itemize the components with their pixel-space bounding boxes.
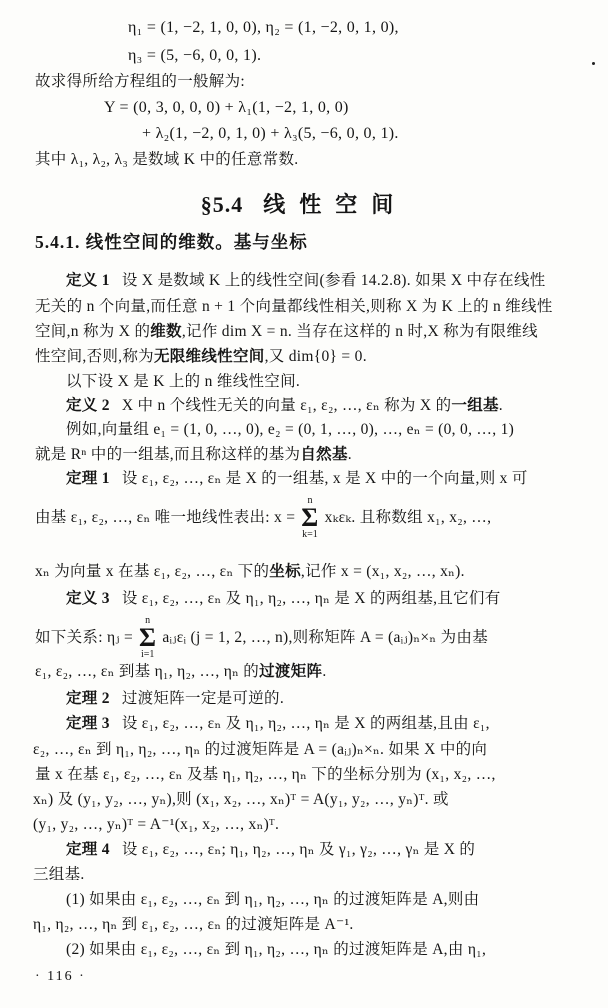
example-line2-text-end: . bbox=[348, 446, 352, 463]
term-basis: 一组基 bbox=[451, 397, 498, 414]
subsection-heading: 5.4.1. 线性空间的维数。基与坐标 bbox=[35, 230, 308, 254]
definition-3-sum-line-pre: 如下关系: ηⱼ = bbox=[35, 626, 133, 650]
definition-3-sum-line-post: aᵢⱼεᵢ (j = 1, 2, …, n),则称矩阵 A = (aᵢⱼ)ₙ×ₙ… bbox=[162, 626, 488, 650]
definition-3-line3-text: ε₁, ε₂, …, εₙ 到基 η₁, η₂, …, ηₙ 的 bbox=[35, 663, 259, 680]
term-infinite-dimensional-space: 无限维线性空间 bbox=[154, 348, 265, 365]
page-number: · 116 · bbox=[35, 965, 86, 989]
definition-3-line3: ε₁, ε₂, …, εₙ 到基 η₁, η₂, …, ηₙ 的过渡矩阵. bbox=[35, 660, 327, 684]
theorem-1-line3: xₙ 为向量 x 在基 ε₁, ε₂, …, εₙ 下的坐标,记作 x = (x… bbox=[35, 560, 465, 584]
theorem-1-line3-text: xₙ 为向量 x 在基 ε₁, ε₂, …, εₙ 下的 bbox=[35, 563, 269, 580]
term-dimension: 维数 bbox=[150, 323, 182, 340]
definition-3-line3-text-end: . bbox=[322, 663, 326, 680]
theorem-1-sum-line-pre: 由基 ε₁, ε₂, …, εₙ 唯一地线性表出: x = bbox=[35, 506, 295, 530]
definition-2-label: 定义 2 bbox=[66, 397, 110, 414]
theorem-4-item1-line2: η₁, η₂, …, ηₙ 到 ε₁, ε₂, …, εₙ 的过渡矩阵是 A⁻¹… bbox=[33, 913, 354, 937]
display-equation-eta-basis-line1: η₁ = (1, −2, 1, 0, 0), η₂ = (1, −2, 0, 1… bbox=[128, 16, 399, 40]
display-equation-general-solution-line2: + λ₂(1, −2, 0, 1, 0) + λ₃(5, −6, 0, 0, 1… bbox=[142, 122, 399, 146]
example-line1: 例如,向量组 e₁ = (1, 0, …, 0), e₂ = (0, 1, …,… bbox=[66, 418, 514, 442]
definition-1-line3-text-cont: ,记作 dim X = n. 当存在这样的 n 时,X 称为有限维线 bbox=[182, 323, 538, 340]
scan-speck bbox=[592, 62, 595, 65]
definition-1-line4: 性空间,否则,称为无限维线性空间,又 dim{0} = 0. bbox=[35, 345, 367, 369]
theorem-4-line1: 定理 4设 ε₁, ε₂, …, εₙ; η₁, η₂, …, ηₙ 及 γ₁,… bbox=[66, 838, 475, 862]
definition-1-line3: 空间,n 称为 X 的维数,记作 dim X = n. 当存在这样的 n 时,X… bbox=[35, 320, 538, 344]
theorem-4-item1-line1: (1) 如果由 ε₁, ε₂, …, εₙ 到 η₁, η₂, …, ηₙ 的过… bbox=[66, 888, 479, 912]
summation-symbol: n Σ i=1 bbox=[139, 616, 156, 660]
theorem-4-line2: 三组基. bbox=[33, 863, 85, 887]
term-transition-matrix: 过渡矩阵 bbox=[259, 663, 322, 680]
section-title: 线性空间 bbox=[263, 192, 407, 217]
sigma-glyph: Σ bbox=[301, 506, 318, 530]
summation-symbol: n Σ k=1 bbox=[301, 496, 318, 540]
theorem-4-text: 设 ε₁, ε₂, …, εₙ; η₁, η₂, …, ηₙ 及 γ₁, γ₂,… bbox=[122, 841, 475, 858]
definition-3-sum-line: 如下关系: ηⱼ = n Σ i=1 aᵢⱼεᵢ (j = 1, 2, …, n… bbox=[35, 612, 488, 664]
definition-1-line1: 定义 1设 X 是数域 K 上的线性空间(参看 14.2.8). 如果 X 中存… bbox=[66, 269, 546, 293]
sum-lower-limit: i=1 bbox=[141, 650, 154, 660]
term-coordinates: 坐标 bbox=[269, 563, 301, 580]
theorem-1-line3-text-cont: ,记作 x = (x₁, x₂, …, xₙ). bbox=[301, 563, 465, 580]
theorem-1-sum-line-post: xₖεₖ. 且称数组 x₁, x₂, …, bbox=[325, 506, 492, 530]
section-heading: §5.4线性空间 bbox=[0, 190, 608, 220]
theorem-4-label: 定理 4 bbox=[66, 841, 110, 858]
section-number: §5.4 bbox=[201, 192, 244, 217]
definition-1-line2: 无关的 n 个向量,而任意 n + 1 个向量都线性相关,则称 X 为 K 上的… bbox=[35, 295, 553, 319]
theorem-3-label: 定理 3 bbox=[66, 715, 110, 732]
theorem-1-line1: 定理 1设 ε₁, ε₂, …, εₙ 是 X 的一组基, x 是 X 中的一个… bbox=[66, 467, 528, 491]
definition-1-line3-text: 空间,n 称为 X 的 bbox=[35, 323, 150, 340]
theorem-3-line1: 定理 3设 ε₁, ε₂, …, εₙ 及 η₁, η₂, …, ηₙ 是 X … bbox=[66, 712, 490, 736]
display-equation-general-solution-line1: Y = (0, 3, 0, 0, 0) + λ₁(1, −2, 1, 0, 0) bbox=[104, 96, 349, 120]
theorem-1-sum-line: 由基 ε₁, ε₂, …, εₙ 唯一地线性表出: x = n Σ k=1 xₖ… bbox=[35, 492, 491, 544]
theorem-4-item2-line1: (2) 如果由 ε₁, ε₂, …, εₙ 到 η₁, η₂, …, ηₙ 的过… bbox=[66, 938, 486, 962]
theorem-1-label: 定理 1 bbox=[66, 470, 110, 487]
theorem-3-text: 设 ε₁, ε₂, …, εₙ 及 η₁, η₂, …, ηₙ 是 X 的两组基… bbox=[122, 715, 490, 732]
theorem-3-line2: ε₂, …, εₙ 到 η₁, η₂, …, ηₙ 的过渡矩阵是 A = (aᵢ… bbox=[33, 738, 487, 762]
example-line2-text: 就是 Rⁿ 中的一组基,而且称这样的基为 bbox=[35, 446, 300, 463]
theorem-1-text: 设 ε₁, ε₂, …, εₙ 是 X 的一组基, x 是 X 中的一个向量,则… bbox=[122, 470, 528, 487]
arbitrary-constants-note: 其中 λ₁, λ₂, λ₃ 是数域 K 中的任意常数. bbox=[35, 148, 298, 172]
sigma-glyph: Σ bbox=[139, 626, 156, 650]
definition-1-text: 设 X 是数域 K 上的线性空间(参看 14.2.8). 如果 X 中存在线性 bbox=[122, 272, 546, 289]
setup-sentence: 以下设 X 是 K 上的 n 维线性空间. bbox=[66, 370, 300, 394]
theorem-2-text: 过渡矩阵一定是可逆的. bbox=[122, 690, 284, 707]
general-solution-intro-text: 故求得所给方程组的一般解为: bbox=[35, 70, 245, 94]
term-natural-basis: 自然基 bbox=[300, 446, 347, 463]
theorem-3-line4: xₙ) 及 (y₁, y₂, …, yₙ),则 (x₁, x₂, …, xₙ)ᵀ… bbox=[33, 788, 449, 812]
definition-2-text: X 中 n 个线性无关的向量 ε₁, ε₂, …, εₙ 称为 X 的 bbox=[122, 397, 452, 414]
definition-1-label: 定义 1 bbox=[66, 272, 110, 289]
theorem-2-label: 定理 2 bbox=[66, 690, 110, 707]
definition-3-label: 定义 3 bbox=[66, 590, 110, 607]
definition-3-text: 设 ε₁, ε₂, …, εₙ 及 η₁, η₂, …, ηₙ 是 X 的两组基… bbox=[122, 590, 501, 607]
definition-1-line4-text-cont: ,又 dim{0} = 0. bbox=[265, 348, 367, 365]
theorem-3-line3: 量 x 在基 ε₁, ε₂, …, εₙ 及基 η₁, η₂, …, ηₙ 下的… bbox=[35, 763, 496, 787]
definition-2-line: 定义 2X 中 n 个线性无关的向量 ε₁, ε₂, …, εₙ 称为 X 的一… bbox=[66, 394, 503, 418]
display-equation-eta-basis-line2: η₃ = (5, −6, 0, 0, 1). bbox=[128, 44, 261, 68]
definition-1-line4-text: 性空间,否则,称为 bbox=[35, 348, 154, 365]
theorem-2-line: 定理 2过渡矩阵一定是可逆的. bbox=[66, 687, 284, 711]
sum-lower-limit: k=1 bbox=[302, 530, 318, 540]
definition-2-text-end: . bbox=[499, 397, 503, 414]
theorem-3-line5: (y₁, y₂, …, yₙ)ᵀ = A⁻¹(x₁, x₂, …, xₙ)ᵀ. bbox=[33, 813, 279, 837]
example-line2: 就是 Rⁿ 中的一组基,而且称这样的基为自然基. bbox=[35, 443, 352, 467]
textbook-page: η₁ = (1, −2, 1, 0, 0), η₂ = (1, −2, 0, 1… bbox=[0, 0, 608, 1008]
definition-3-line1: 定义 3设 ε₁, ε₂, …, εₙ 及 η₁, η₂, …, ηₙ 是 X … bbox=[66, 587, 501, 611]
